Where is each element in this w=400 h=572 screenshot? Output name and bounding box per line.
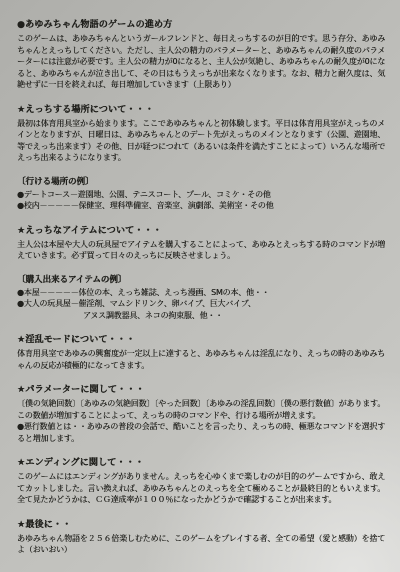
places-example-date-course: ●デートコース－遊園地、公園、テニスコート、プール、コミケ・その他 <box>17 189 385 201</box>
game-flow-body: このゲームは、あゆみちゃんというガールフレンドと、毎日えっちするのが目的です。思… <box>17 33 385 91</box>
places-examples: 〔行ける場所の例〕 ●デートコース－遊園地、公園、テニスコート、プール、コミケ・… <box>17 175 385 212</box>
final-note-heading: ★最後に・・ <box>17 517 385 530</box>
parameters-heading: ★パラメーターに関して・・・ <box>17 382 385 395</box>
items-example-bookstore: ●本屋－－－－－体位の本、えっち雑誌、えっち漫画、SMの本、他・・ <box>17 287 385 299</box>
ending-body: このゲームにはエンディングがありません。えっちを心ゆくまで楽しむのが目的のゲーム… <box>17 471 385 506</box>
items-example-toy-shop: ●大人の玩具屋－催淫剤、マムシドリンク、卵バイブ、巨大バイブ、 <box>17 298 385 310</box>
section-parameters: ★パラメーターに関して・・・ 〔僕の気絶回数〕〔あゆみの気絶回数〕〔やった回数〕… <box>17 382 385 444</box>
inran-mode-body: 体育用具室であゆみの興奮度が一定以上に達すると、あゆみちゃんは淫乱になり、えっち… <box>17 348 385 371</box>
places-body: 最初は体育用具室から始まります。ここであゆみちゃんと初体験します。平日は体育用具… <box>17 118 385 164</box>
places-heading: ★えっちする場所について・・・ <box>17 102 385 115</box>
parameters-body: 〔僕の気絶回数〕〔あゆみの気絶回数〕〔やった回数〕〔あゆみの淫乱回数〕〔僕の悪行… <box>17 398 385 421</box>
section-ending: ★エンディングに関して・・・ このゲームにはエンディングがありません。えっちを心… <box>17 455 385 506</box>
items-body: 主人公は本屋や大人の玩具屋でアイテムを購入することによって、あゆみとえっちする時… <box>17 239 385 262</box>
game-flow-heading: ●あゆみちゃん物語のゲームの進め方 <box>17 17 385 30</box>
items-example-toy-shop-continued: アヌス調教器具、ネコの拘束服、他・・ <box>17 310 385 322</box>
section-final-note: ★最後に・・ あゆみちゃん物語を２５６倍楽しむために、このゲームをプレイする者、… <box>17 517 385 556</box>
section-places: ★えっちする場所について・・・ 最初は体育用具室から始まります。ここであゆみちゃ… <box>17 102 385 212</box>
section-items: ★えっちなアイテムについて・・・ 主人公は本屋や大人の玩具屋でアイテムを購入する… <box>17 223 385 322</box>
items-heading: ★えっちなアイテムについて・・・ <box>17 223 385 236</box>
final-note-body: あゆみちゃん物語を２５６倍楽しむために、このゲームをプレイする者、全ての希望（愛… <box>17 533 385 556</box>
places-example-school: ●校内－－－－－保健室、理科準備室、音楽室、演劇部、美術室・その他 <box>17 200 385 212</box>
items-examples-title: 〔購入出来るアイテムの例〕 <box>17 273 385 285</box>
section-game-flow: ●あゆみちゃん物語のゲームの進め方 このゲームは、あゆみちゃんというガールフレン… <box>17 17 385 91</box>
places-examples-title: 〔行ける場所の例〕 <box>17 175 385 187</box>
items-examples: 〔購入出来るアイテムの例〕 ●本屋－－－－－体位の本、えっち雑誌、えっち漫画、S… <box>17 273 385 322</box>
parameters-note: ●悪行数値とは・・あゆみの普段の会話で、酷いことを言ったり、えっちの時、極悪なコ… <box>17 421 385 444</box>
ending-heading: ★エンディングに関して・・・ <box>17 455 385 468</box>
manual-page: ●あゆみちゃん物語のゲームの進め方 このゲームは、あゆみちゃんというガールフレン… <box>0 0 400 572</box>
section-inran-mode: ★淫乱モードについて・・・ 体育用具室であゆみの興奮度が一定以上に達すると、あゆ… <box>17 332 385 371</box>
inran-mode-heading: ★淫乱モードについて・・・ <box>17 332 385 345</box>
